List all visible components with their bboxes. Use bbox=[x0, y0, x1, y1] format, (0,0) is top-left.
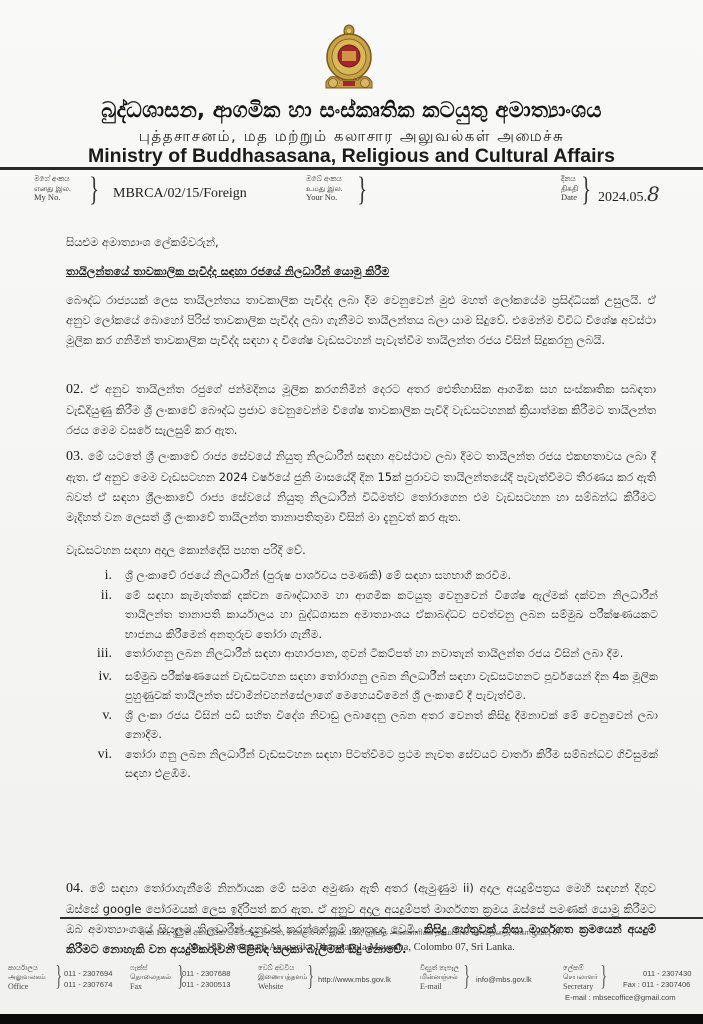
conditions-intro: වැඩසටහන සඳහා අදාල කොන්දේසි පහත පරිදි වේ. bbox=[66, 540, 656, 560]
condition-item: v. ශ්‍රී ලංකා රජය විසින් පඩි සහිත විදේශ … bbox=[78, 706, 658, 745]
condition-item: i. ශ්‍රී ලංකාවේ රජයේ නිලධාරීන් (පුරුෂ පා… bbox=[78, 566, 658, 586]
sri-lanka-emblem-icon bbox=[322, 24, 376, 92]
handwritten-day: 8 bbox=[647, 182, 660, 206]
ministry-name-tamil: புத்தசாசனம், மத மற்றும் கலாசார அலுவல்கள்… bbox=[0, 127, 703, 147]
reference-row: මගේ අංකය எனது இல. My No. } MBRCA/02/15/F… bbox=[0, 172, 703, 212]
email-link[interactable]: info@mbs.gov.lk bbox=[476, 974, 532, 985]
scan-edge bbox=[0, 1014, 703, 1024]
condition-item: iii. තෝරාගනු ලබන නිලධාරීන් සඳහා ආහාරපාන,… bbox=[78, 644, 658, 664]
letter-subject: තායිලන්තයේ තාවකාලික පැවිද්ද සඳහා රජයේ නි… bbox=[66, 262, 656, 282]
paragraph-1: බෞද්ධ රාජ්‍යයක් ලෙස තායිලන්තය තාවකාලික ප… bbox=[66, 290, 656, 350]
paragraph-3: 03. මේ යටතේ ශ්‍රී ලංකාවේ රාජ්‍ය සේවයේ නි… bbox=[66, 446, 656, 527]
header-divider bbox=[0, 167, 703, 170]
brace: } bbox=[581, 172, 591, 208]
address-sinhala-tamil: අංක 135, ශ්‍රීමත් අනගාරික ධර්මපාල මාවත, … bbox=[0, 928, 703, 939]
letter-page: බුද්ධශාසන, ආගමික හා සංස්කෘතික කටයුතු අමා… bbox=[0, 0, 703, 1014]
conditions-list: i. ශ්‍රී ලංකාවේ රජයේ නිලධාරීන් (පුරුෂ පා… bbox=[78, 566, 658, 784]
your-no-label: ඔබේ අංකය உமது இல. Your No. bbox=[306, 174, 343, 203]
secretary-email-link[interactable]: E-mail : mbsecoffice@gmail.com bbox=[565, 992, 676, 1003]
salutation: සියළුම අමාත්‍යාංශ ලේකම්වරුන්, bbox=[66, 232, 656, 252]
condition-item: ii. මේ සඳහා කැමැත්තක් දක්වන බෞද්ධාගම හා … bbox=[78, 586, 658, 645]
brace: } bbox=[357, 172, 367, 208]
date-label: දිනය திகதி Date bbox=[561, 174, 578, 203]
website-link[interactable]: http://www.mbs.gov.lk bbox=[318, 974, 391, 985]
paragraph-2: 02. ඒ අනුව තායිලන්ත රජුගේ ජන්මදිනය මූලික… bbox=[66, 379, 656, 440]
my-no-value: MBRCA/02/15/Foreign bbox=[113, 186, 247, 202]
condition-item: iv. සම්මුඛ පරීක්ෂණයෙන් වැඩසටහන සඳහා තෝරා… bbox=[78, 667, 658, 706]
date-value: 2024.05.8 bbox=[598, 182, 660, 206]
my-no-label: මගේ අංකය எனது இல. My No. bbox=[34, 174, 71, 203]
brace: } bbox=[89, 172, 99, 208]
condition-item: vi. තෝරා ගනු ලබන නිලධාරීන් වැඩසටහන සඳහා … bbox=[78, 745, 658, 784]
ministry-name-sinhala: බුද්ධශාසන, ආගමික හා සංස්කෘතික කටයුතු අමා… bbox=[0, 98, 703, 123]
ministry-name-english: Ministry of Buddhasasana, Religious and … bbox=[0, 145, 703, 168]
address-english: No. 135, Sreemath Anagarika Dharmapala M… bbox=[0, 942, 703, 953]
footer-divider bbox=[60, 917, 703, 919]
